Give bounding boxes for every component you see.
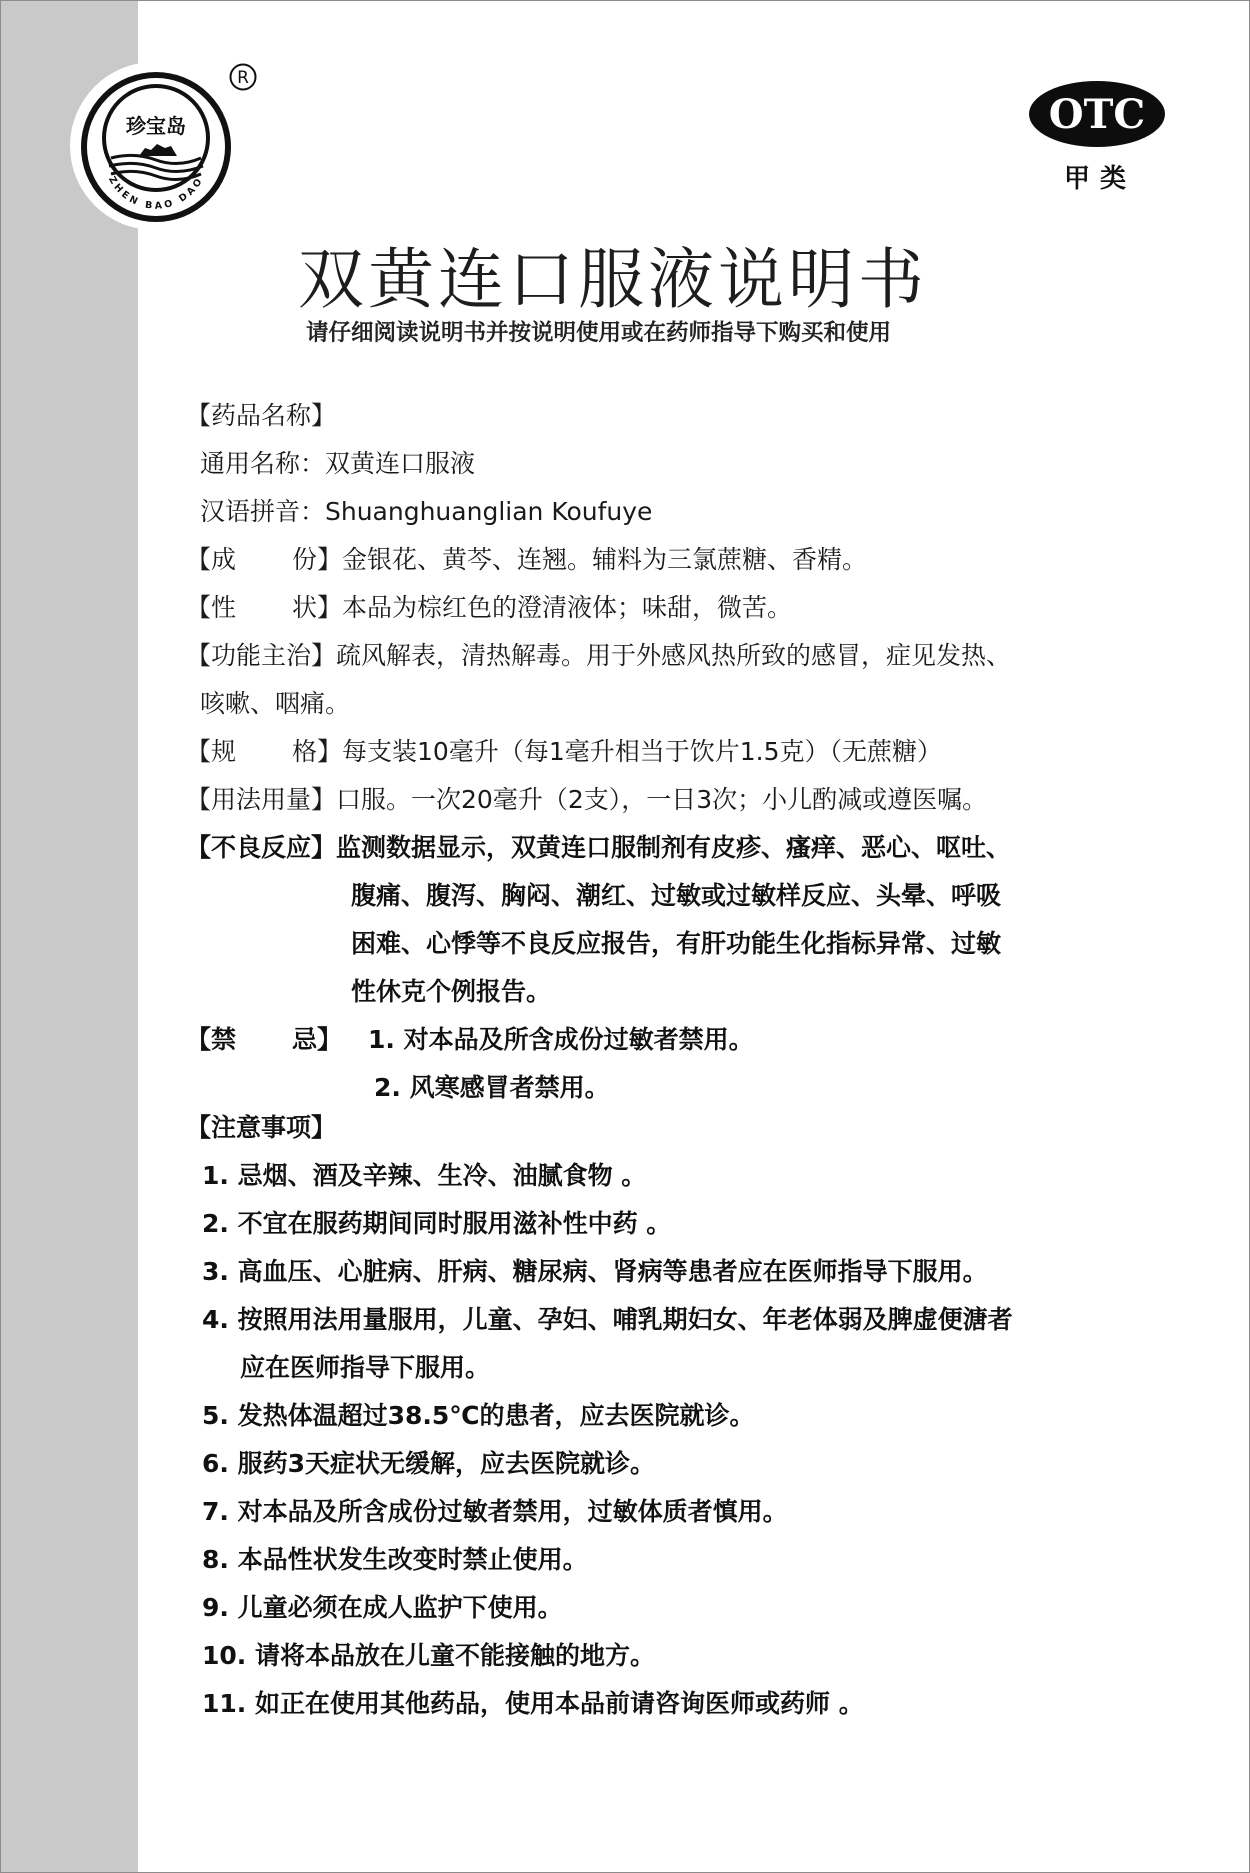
specification-text: 每支装10毫升（每1毫升相当于饮片1.5克）（无蔗糖）: [342, 737, 942, 766]
precaution-item-10: 10. 请将本品放在儿童不能接触的地方。: [202, 1636, 655, 1672]
adverse-line-3: 困难、心悸等不良反应报告，有肝功能生化指标异常、过敏: [351, 924, 1001, 960]
svg-text:ZHEN BAO DAO: ZHEN BAO DAO: [106, 174, 206, 211]
section-label-dosage: 【用法用量】: [186, 785, 336, 814]
precaution-item-1: 1. 忌烟、酒及辛辣、生冷、油腻食物 。: [202, 1156, 646, 1192]
contraindication-item-2: 2. 风寒感冒者禁用。: [374, 1068, 610, 1104]
indications-line-1: 疏风解表，清热解毒。用于外感风热所致的感冒，症见发热、: [336, 641, 1011, 670]
section-properties: 【性状】本品为棕红色的澄清液体；味甜，微苦。: [186, 588, 792, 624]
generic-name: 通用名称：双黄连口服液: [200, 444, 475, 480]
section-label-ingredients-close: 份】: [292, 540, 342, 576]
svg-text:R: R: [237, 68, 249, 88]
contraindication-item-1: 1. 对本品及所含成份过敏者禁用。: [368, 1025, 754, 1054]
section-label-precautions: 【注意事项】: [186, 1108, 336, 1144]
precaution-item-3: 3. 高血压、心脏病、肝病、糖尿病、肾病等患者应在医师指导下服用。: [202, 1252, 988, 1288]
page-subtitle: 请仔细阅读说明书并按说明使用或在药师指导下购买和使用: [306, 315, 891, 347]
section-label-properties-close: 状】: [292, 588, 342, 624]
page-title: 双黄连口服液说明书: [298, 226, 928, 321]
otc-badge-icon: OTC: [1028, 80, 1166, 148]
adverse-line-2: 腹痛、腹泻、胸闷、潮红、过敏或过敏样反应、头晕、呼吸: [351, 876, 1001, 912]
precaution-item-11: 11. 如正在使用其他药品，使用本品前请咨询医师或药师 。: [202, 1684, 864, 1720]
precaution-item-7: 7. 对本品及所含成份过敏者禁用，过敏体质者慎用。: [202, 1492, 788, 1528]
precaution-item-6: 6. 服药3天症状无缓解，应去医院就诊。: [202, 1444, 655, 1480]
section-adverse-reactions: 【不良反应】监测数据显示，双黄连口服制剂有皮疹、瘙痒、恶心、呕吐、: [186, 828, 1011, 864]
section-label-spec-close: 格】: [292, 732, 342, 768]
precaution-item-8: 8. 本品性状发生改变时禁止使用。: [202, 1540, 588, 1576]
section-label-contra-close: 忌】: [292, 1020, 368, 1056]
section-label-indications: 【功能主治】: [186, 641, 336, 670]
section-label-properties-open: 【性: [186, 588, 292, 624]
section-label-spec-open: 【规: [186, 732, 292, 768]
section-label-drug-name: 【药品名称】: [186, 396, 336, 432]
dosage-text: 口服。一次20毫升（2支），一日3次；小儿酌减或遵医嘱。: [336, 785, 987, 814]
section-dosage: 【用法用量】口服。一次20毫升（2支），一日3次；小儿酌减或遵医嘱。: [186, 780, 987, 816]
precaution-item-4-cont: 应在医师指导下服用。: [240, 1348, 490, 1384]
section-ingredients: 【成份】金银花、黄芩、连翘。辅料为三氯蔗糖、香精。: [186, 540, 867, 576]
indications-line-2: 咳嗽、咽痛。: [200, 684, 350, 720]
section-specification: 【规格】每支装10毫升（每1毫升相当于饮片1.5克）（无蔗糖）: [186, 732, 942, 768]
section-label-ingredients-open: 【成: [186, 540, 292, 576]
svg-text:OTC: OTC: [1049, 91, 1145, 138]
otc-class-label: 甲类: [1064, 158, 1136, 195]
section-label-contra-open: 【禁: [186, 1020, 292, 1056]
left-gray-strip: [1, 1, 138, 1872]
ingredients-text: 金银花、黄芩、连翘。辅料为三氯蔗糖、香精。: [342, 545, 867, 574]
pinyin-name: 汉语拼音：Shuanghuanglian Koufuye: [200, 492, 652, 528]
precaution-item-9: 9. 儿童必须在成人监护下使用。: [202, 1588, 563, 1624]
precaution-item-2: 2. 不宜在服药期间同时服用滋补性中药 。: [202, 1204, 671, 1240]
adverse-line-4: 性休克个例报告。: [351, 972, 551, 1008]
section-contraindications: 【禁忌】1. 对本品及所含成份过敏者禁用。: [186, 1020, 754, 1056]
svg-text:珍宝岛: 珍宝岛: [126, 114, 186, 138]
adverse-line-1: 监测数据显示，双黄连口服制剂有皮疹、瘙痒、恶心、呕吐、: [336, 833, 1011, 862]
registered-trademark-icon: R: [228, 62, 258, 92]
precaution-item-4: 4. 按照用法用量服用，儿童、孕妇、哺乳期妇女、年老体弱及脾虚便溏者: [202, 1300, 1013, 1336]
precaution-item-5: 5. 发热体温超过38.5℃的患者，应去医院就诊。: [202, 1396, 755, 1432]
section-indications: 【功能主治】疏风解表，清热解毒。用于外感风热所致的感冒，症见发热、: [186, 636, 1011, 672]
properties-text: 本品为棕红色的澄清液体；味甜，微苦。: [342, 593, 792, 622]
section-label-adverse: 【不良反应】: [186, 833, 336, 862]
zhenbaodao-logo-icon: 珍宝岛 ZHEN BAO DAO: [79, 70, 233, 224]
